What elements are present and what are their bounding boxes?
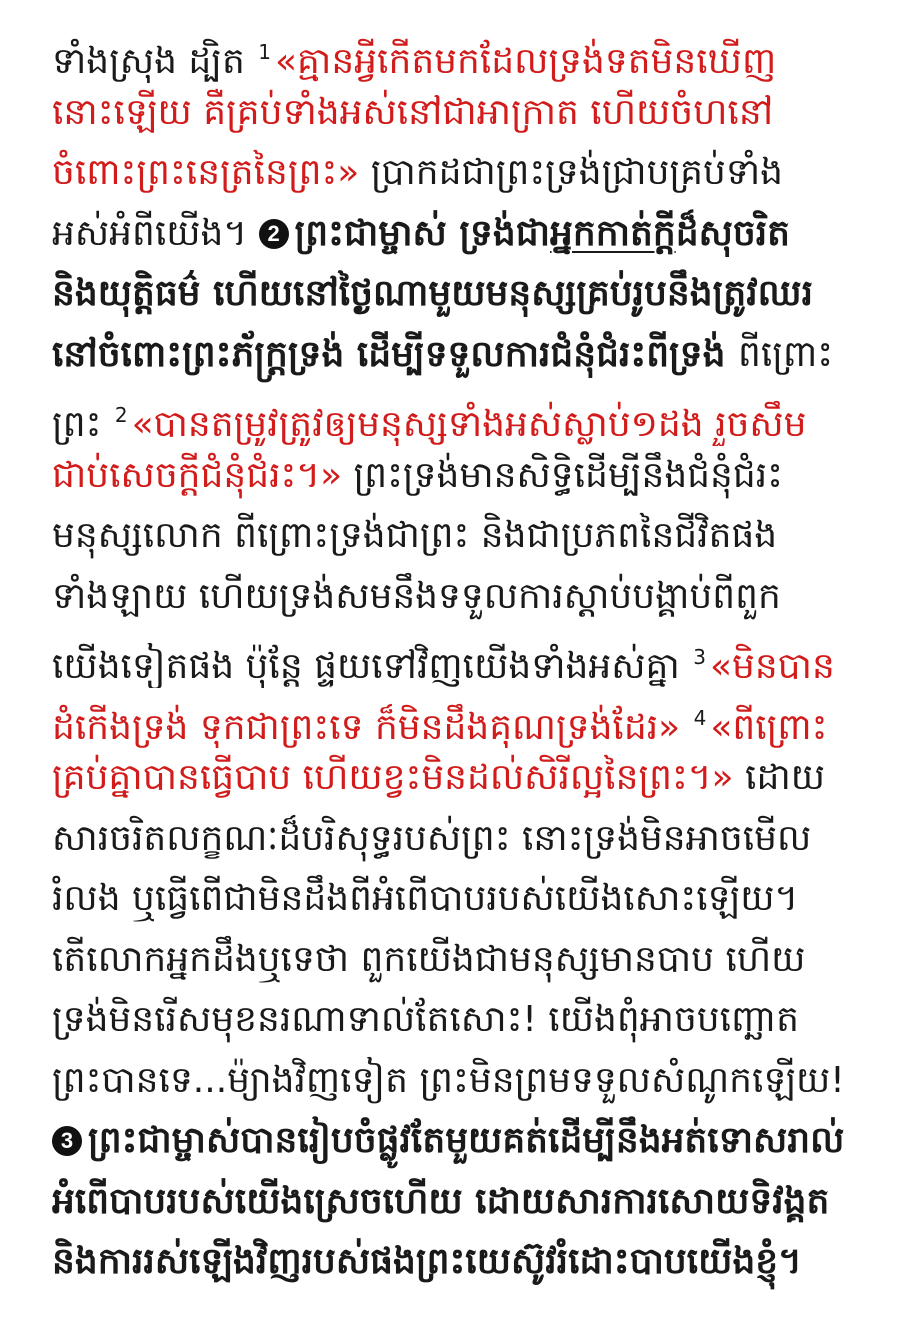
text-line: អំពើបាបរបស់យើងស្រេចហើយ ដោយសារការសោយទិវង្… bbox=[52, 1172, 872, 1233]
bold-text: នៅចំពោះព្រះភ័ក្ត្រទ្រង់ ដើម្បីទទួលការជំន… bbox=[52, 334, 738, 375]
scripture-quote: ចំពោះព្រះនេត្រនៃព្រះ» bbox=[52, 152, 359, 193]
footnote-marker: 1 bbox=[256, 40, 275, 64]
bold-text: ដ៏សុចរិត bbox=[676, 213, 790, 254]
numbered-badge-icon: 2 bbox=[259, 219, 289, 249]
text-line: ដំកើងទ្រង់ ទុកជាព្រះទេ ក៏មិនដឹងគុណទ្រង់ដ… bbox=[52, 688, 872, 749]
text-segment: ទ្រង់មិនរើសមុខនរណាទាល់តែសោះ! យើងពុំអាចបញ… bbox=[52, 999, 799, 1040]
text-line: ទ្រង់មិនរើសមុខនរណាទាល់តែសោះ! យើងពុំអាចបញ… bbox=[52, 990, 872, 1051]
bold-text: ព្រះជាម្ចាស់បានរៀបចំផ្លូវតែមួយគត់ដើម្បីន… bbox=[88, 1120, 844, 1161]
document-page: ទាំងស្រុង ដ្បិត 1«គ្មានអ្វីកើតមកដែលទ្រង់… bbox=[52, 22, 872, 1293]
bold-text: ព្រះជាម្ចាស់ ទ្រង់ជា bbox=[295, 213, 550, 254]
text-segment bbox=[680, 707, 691, 748]
text-segment: ទាំងឡាយ ហើយទ្រង់សមនឹងទទួលការស្តាប់បង្គាប… bbox=[52, 576, 781, 617]
text-segment: សារចរិតលក្ខណៈដ៏បរិសុទ្ធរបស់ព្រះ នោះទ្រង់… bbox=[52, 818, 811, 859]
scripture-quote: ជាប់សេចក្តីជំនុំជំរះ។» bbox=[52, 455, 342, 496]
text-line: អស់អំពីយើង។ 2ព្រះជាម្ចាស់ ទ្រង់ជាអ្នកកាត… bbox=[52, 204, 872, 265]
text-line: តើលោកអ្នកដឹងឬទេថា ពួកយើងជាមនុស្សមានបាប ហ… bbox=[52, 930, 872, 991]
scripture-quote: «មិនបាន bbox=[710, 646, 835, 687]
text-segment: ពីព្រោះ bbox=[738, 334, 833, 375]
text-line: ចំពោះព្រះនេត្រនៃព្រះ» ប្រាកដជាព្រះទ្រង់ជ… bbox=[52, 143, 872, 204]
bold-text: និងយុត្តិធម៌ ហើយនៅថ្ងៃណាមួយមនុស្សគ្រប់រូ… bbox=[52, 273, 813, 314]
text-line: 3ព្រះជាម្ចាស់បានរៀបចំផ្លូវតែមួយគត់ដើម្បី… bbox=[52, 1111, 872, 1172]
numbered-badge-icon: 3 bbox=[52, 1126, 82, 1156]
text-line: រំលង ឬធ្វើពើជាមិនដឹងពីអំពើបាបរបស់យើងសោះឡ… bbox=[52, 869, 872, 930]
bold-text: អំពើបាបរបស់យើងស្រេចហើយ ដោយសារការសោយទិវង្… bbox=[52, 1181, 829, 1222]
text-segment: ដោយ bbox=[734, 757, 825, 798]
text-segment: តើលោកអ្នកដឹងឬទេថា ពួកយើងជាមនុស្សមានបាប ហ… bbox=[52, 939, 805, 980]
text-segment: ព្រះបានទេ...ម៉្យាងវិញទៀត ព្រះមិនព្រមទទួល… bbox=[52, 1060, 845, 1101]
scripture-quote: ដំកើងទ្រង់ ទុកជាព្រះទេ ក៏មិនដឹងគុណទ្រង់ដ… bbox=[52, 707, 680, 748]
text-segment: ព្រះ bbox=[52, 404, 113, 445]
text-line: មនុស្សលោក ពីព្រោះទ្រង់ជាព្រះ និងជាប្រភពន… bbox=[52, 506, 872, 567]
text-line: និងការរស់ឡើងវិញរបស់ផងព្រះយេស៊ូវរំដោះបាបយ… bbox=[52, 1232, 872, 1293]
footnote-marker: 3 bbox=[691, 645, 710, 669]
text-segment: ប្រាកដជាព្រះទ្រង់ជ្រាបគ្រប់ទាំង bbox=[359, 152, 783, 193]
text-segment: ព្រះទ្រង់មានសិទ្ធិដើម្បីនឹងជំនុំជំរះ bbox=[342, 455, 783, 496]
scripture-quote: គ្រប់គ្នាបានធ្វើបាប ហើយខ្វះមិនដល់សិរីល្អ… bbox=[52, 757, 734, 798]
text-line: ព្រះបានទេ...ម៉្យាងវិញទៀត ព្រះមិនព្រមទទួល… bbox=[52, 1051, 872, 1112]
text-line: ទាំងស្រុង ដ្បិត 1«គ្មានអ្វីកើតមកដែលទ្រង់… bbox=[52, 22, 872, 83]
text-line: នៅចំពោះព្រះភ័ក្ត្រទ្រង់ ដើម្បីទទួលការជំន… bbox=[52, 325, 872, 386]
text-line: នោះឡើយ គឺគ្រប់ទាំងអស់នៅជាអាក្រាត ហើយចំហន… bbox=[52, 83, 872, 144]
text-line: សារចរិតលក្ខណៈដ៏បរិសុទ្ធរបស់ព្រះ នោះទ្រង់… bbox=[52, 809, 872, 870]
text-segment: រំលង ឬធ្វើពើជាមិនដឹងពីអំពើបាបរបស់យើងសោះឡ… bbox=[52, 878, 798, 919]
text-line: គ្រប់គ្នាបានធ្វើបាប ហើយខ្វះមិនដល់សិរីល្អ… bbox=[52, 748, 872, 809]
text-line: និងយុត្តិធម៌ ហើយនៅថ្ងៃណាមួយមនុស្សគ្រប់រូ… bbox=[52, 264, 872, 325]
text-segment: ទាំងស្រុង ដ្បិត bbox=[52, 41, 256, 82]
bold-text: និងការរស់ឡើងវិញរបស់ផងព្រះយេស៊ូវរំដោះបាបយ… bbox=[52, 1241, 802, 1282]
text-line: ជាប់សេចក្តីជំនុំជំរះ។» ព្រះទ្រង់មានសិទ្ធ… bbox=[52, 446, 872, 507]
footnote-marker: 4 bbox=[692, 706, 711, 730]
scripture-quote: «គ្មានអ្វីកើតមកដែលទ្រង់ទតមិនឃើញ bbox=[275, 41, 776, 82]
text-segment: មនុស្សលោក ពីព្រោះទ្រង់ជាព្រះ និងជាប្រភពន… bbox=[52, 515, 777, 556]
text-segment: អស់អំពីយើង។ bbox=[52, 213, 259, 254]
scripture-quote: «ពីព្រោះ bbox=[710, 707, 827, 748]
footnote-marker: 2 bbox=[113, 403, 132, 427]
bold-text: អ្នកកាត់ក្តី bbox=[550, 213, 676, 254]
text-line: ទាំងឡាយ ហើយទ្រង់សមនឹងទទួលការស្តាប់បង្គាប… bbox=[52, 567, 872, 628]
text-line: យើងទៀតផង ប៉ុន្តែ ផ្ទុយទៅវិញយើងទាំងអស់គ្ន… bbox=[52, 627, 872, 688]
text-line: ព្រះ 2«បានតម្រូវត្រូវឲ្យមនុស្សទាំងអស់ស្ល… bbox=[52, 385, 872, 446]
text-segment: យើងទៀតផង ប៉ុន្តែ ផ្ទុយទៅវិញយើងទាំងអស់គ្ន… bbox=[52, 646, 691, 687]
scripture-quote: «បានតម្រូវត្រូវឲ្យមនុស្សទាំងអស់ស្លាប់១ដង… bbox=[132, 404, 807, 445]
scripture-quote: នោះឡើយ គឺគ្រប់ទាំងអស់នៅជាអាក្រាត ហើយចំហន… bbox=[52, 92, 773, 133]
